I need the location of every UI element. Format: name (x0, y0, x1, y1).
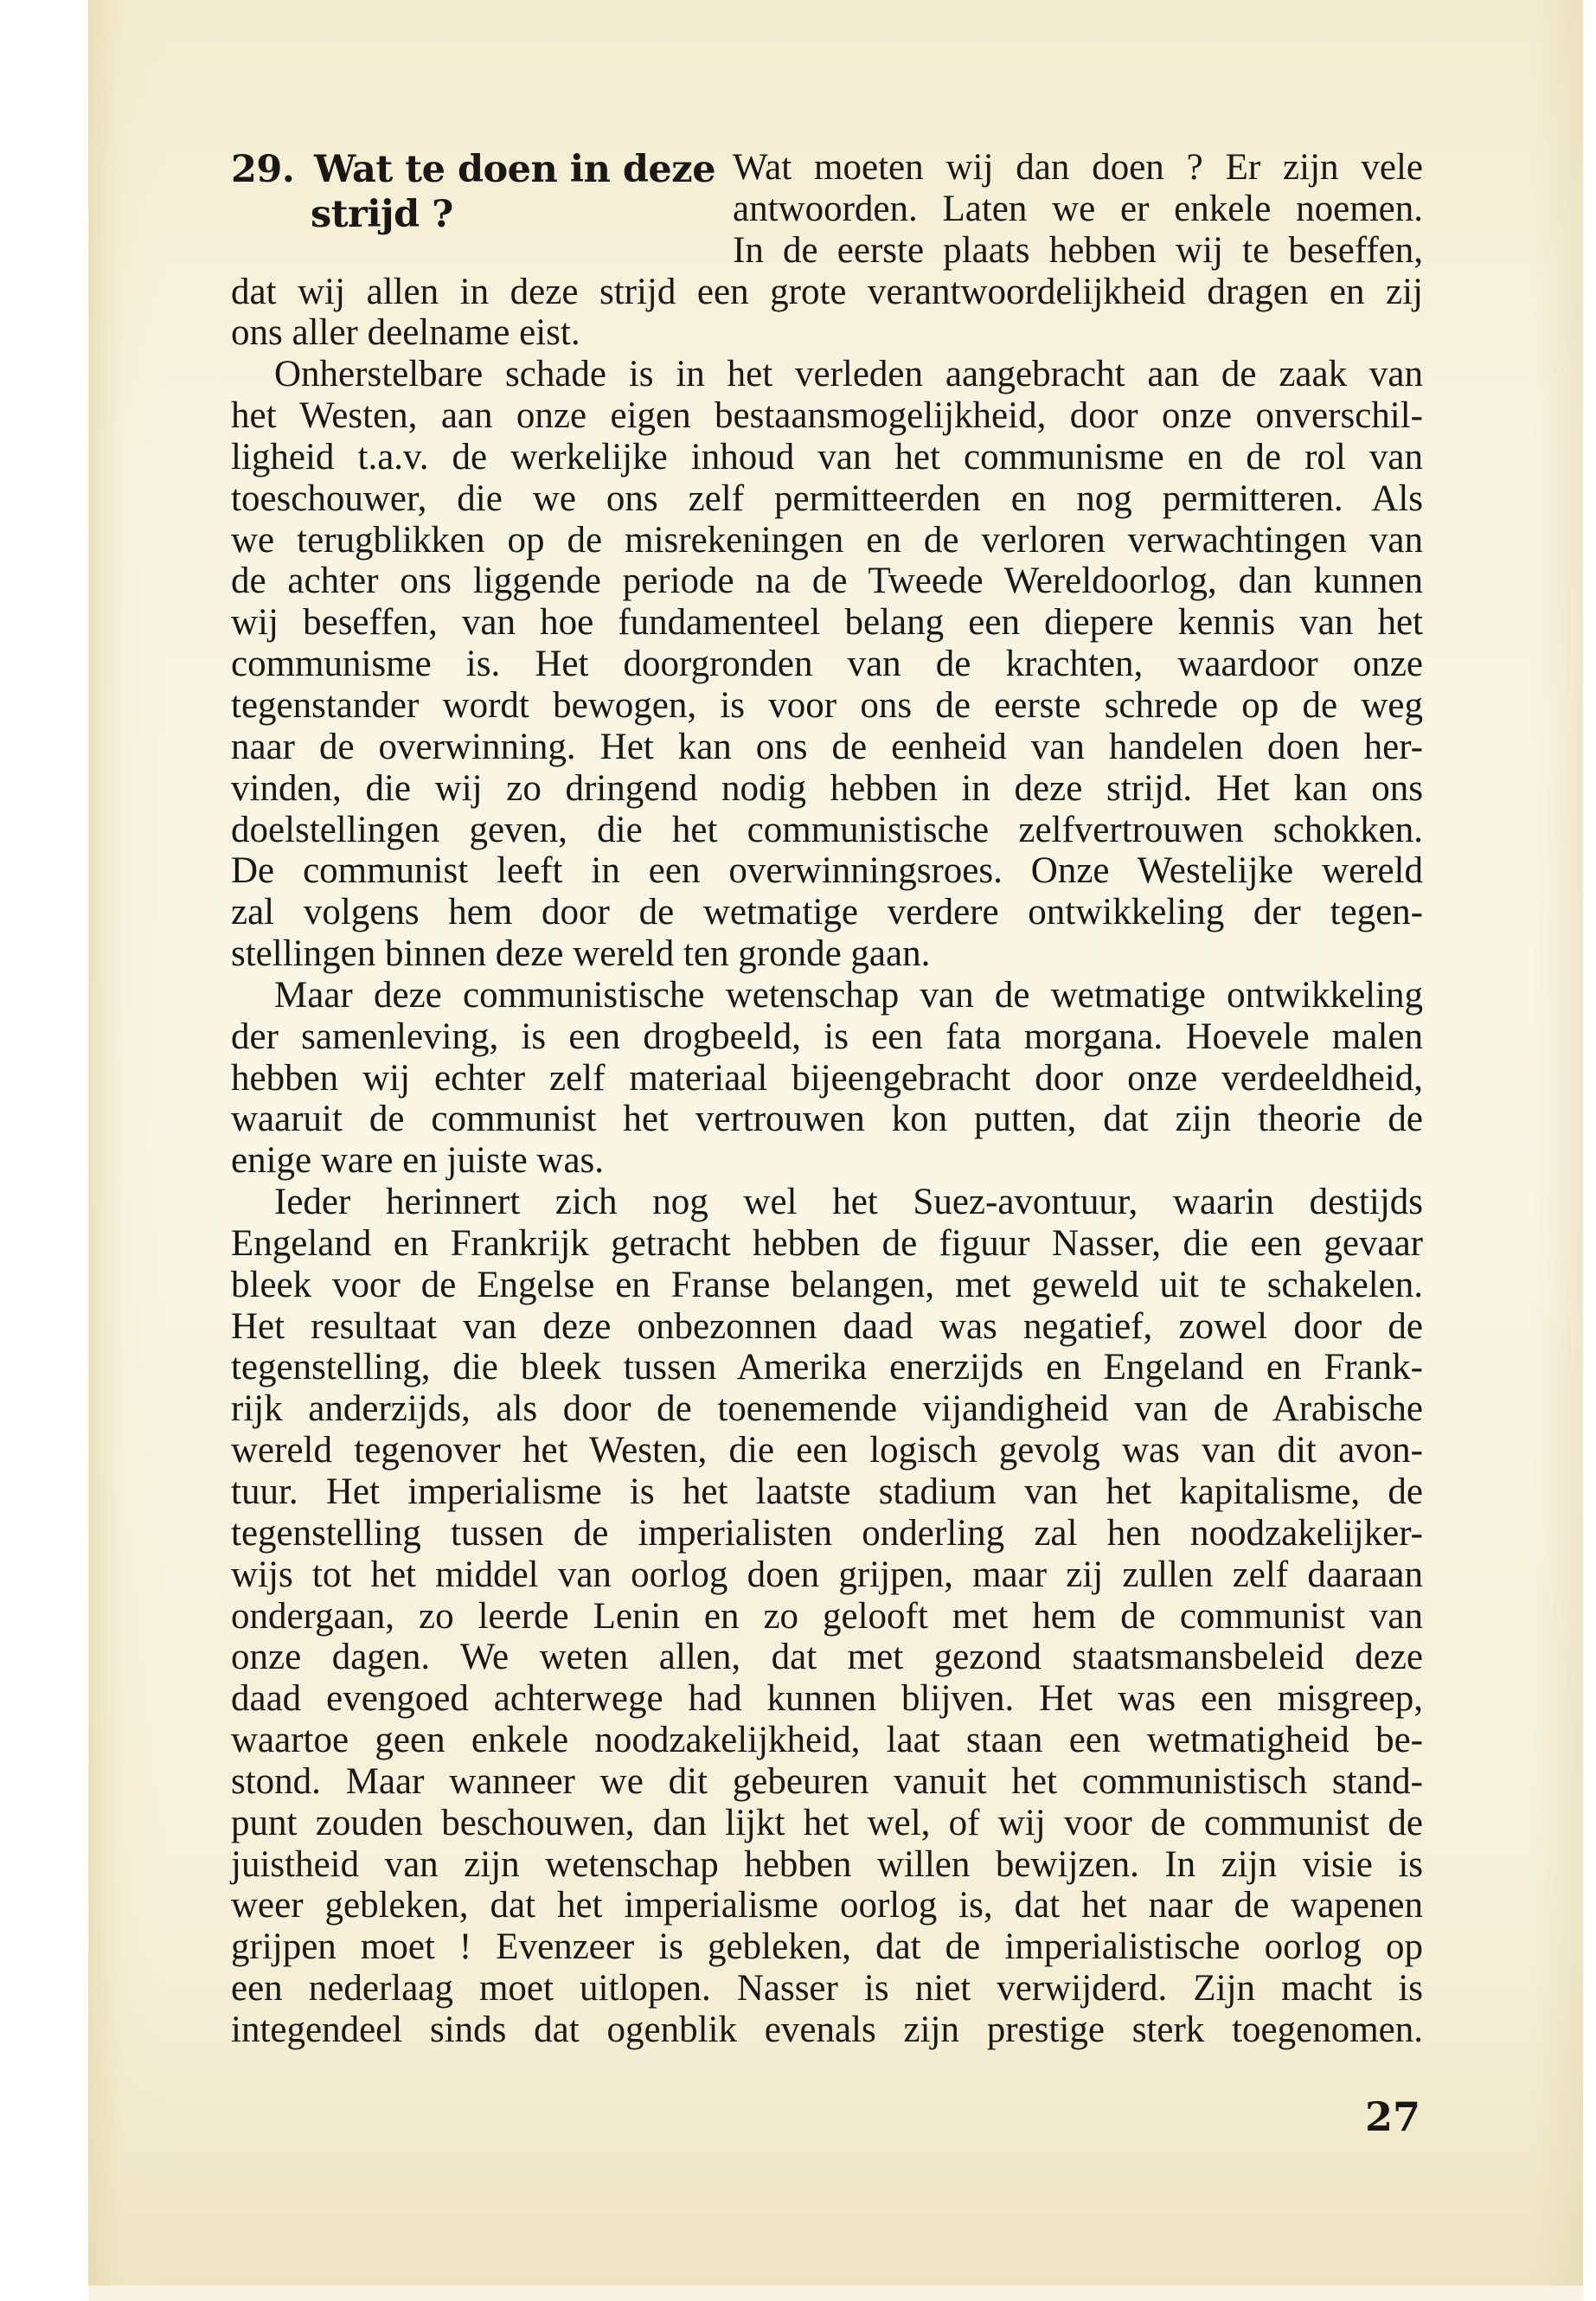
text-line-content: rijk anderzijds, als door de toenemende … (231, 1388, 1423, 1430)
text-line-content: Wat moeten wij dan doen ? Er zijn vele (733, 147, 1423, 189)
text-line: wijs tot het middel van oorlog doen grij… (231, 1554, 1423, 1596)
text-line-content: dat wij allen in deze strijd een grote v… (231, 272, 1423, 313)
text-line-content: een nederlaag moet uitlopen. Nasser is n… (231, 1968, 1423, 2009)
text-line-content: Onherstelbare schade is in het verleden … (274, 354, 1423, 395)
text-line-content: stond. Maar wanneer we dit gebeuren vanu… (231, 1761, 1423, 1803)
text-line: stond. Maar wanneer we dit gebeuren vanu… (231, 1761, 1423, 1803)
text-line: ons aller deelname eist. (231, 312, 1423, 354)
text-line-content: ligheid t.a.v. de werkelijke inhoud van … (231, 437, 1423, 478)
text-line: grijpen moet ! Evenzeer is gebleken, dat… (231, 1926, 1423, 1968)
text-line: we terugblikken op de misrekeningen en d… (231, 520, 1423, 561)
text-line: de achter ons liggende periode na de Twe… (231, 561, 1423, 602)
text-line-content: toeschouwer, die we ons zelf permitteerd… (231, 478, 1423, 520)
text-line: bleek voor de Engelse en Franse belangen… (231, 1265, 1423, 1306)
text-line-content: der samenleving, is een drogbeeld, is ee… (231, 1016, 1423, 1058)
text-line-content: wereld tegenover het Westen, die een log… (231, 1430, 1423, 1471)
text-line-content: tegenstander wordt bewogen, is voor ons … (231, 685, 1423, 727)
text-line-content: communisme is. Het doorgronden van de kr… (231, 644, 1423, 685)
text-line-content: wij beseffen, van hoe fundamenteel belan… (231, 602, 1423, 644)
text-line-content: het Westen, aan onze eigen bestaansmogel… (231, 395, 1423, 437)
text-line: Wat moeten wij dan doen ? Er zijn vele (231, 147, 1423, 189)
text-line-content: enige ware en juiste was. (231, 1140, 1423, 1182)
text-line: hebben wij echter zelf materiaal bijeeng… (231, 1058, 1423, 1099)
text-line: waartoe geen enkele noodzakelijkheid, la… (231, 1720, 1423, 1761)
text-line: dat wij allen in deze strijd een grote v… (231, 272, 1423, 313)
text-line: tegenstelling, die bleek tussen Amerika … (231, 1347, 1423, 1388)
text-line: onze dagen. We weten allen, dat met gezo… (231, 1637, 1423, 1678)
text-line: stellingen binnen deze wereld ten gronde… (231, 933, 1423, 975)
text-line-content: tuur. Het imperialisme is het laatste st… (231, 1471, 1423, 1513)
text-line-content: ons aller deelname eist. (231, 312, 1423, 354)
text-line: In de eerste plaats hebben wij te beseff… (231, 230, 1423, 272)
text-line: juistheid van zijn wetenschap hebben wil… (231, 1844, 1423, 1886)
text-line-content: In de eerste plaats hebben wij te beseff… (733, 230, 1423, 272)
text-line-content: weer gebleken, dat het imperialisme oorl… (231, 1885, 1423, 1926)
text-line: der samenleving, is een drogbeeld, is ee… (231, 1016, 1423, 1058)
text-line: ligheid t.a.v. de werkelijke inhoud van … (231, 437, 1423, 478)
text-line-content: bleek voor de Engelse en Franse belangen… (231, 1265, 1423, 1306)
text-line: toeschouwer, die we ons zelf permitteerd… (231, 478, 1423, 520)
text-line: ondergaan, zo leerde Lenin en zo gelooft… (231, 1596, 1423, 1638)
text-line: vinden, die wij zo dringend nodig hebben… (231, 768, 1423, 810)
text-line-content: daad evengoed achterwege had kunnen blij… (231, 1678, 1423, 1720)
text-line-content: ondergaan, zo leerde Lenin en zo gelooft… (231, 1596, 1423, 1638)
text-line-content: juistheid van zijn wetenschap hebben wil… (231, 1844, 1423, 1886)
text-line-content: stellingen binnen deze wereld ten gronde… (231, 933, 1423, 975)
text-line: Engeland en Frankrijk getracht hebben de… (231, 1223, 1423, 1265)
text-line-content: punt zouden beschouwen, dan lijkt het we… (231, 1803, 1423, 1844)
text-line-content: antwoorden. Laten we er enkele noemen. (733, 189, 1423, 230)
body-text: Wat moeten wij dan doen ? Er zijn velean… (231, 147, 1423, 2051)
text-line-content: doelstellingen geven, die het communisti… (231, 810, 1423, 851)
text-line: rijk anderzijds, als door de toenemende … (231, 1388, 1423, 1430)
text-line: tuur. Het imperialisme is het laatste st… (231, 1471, 1423, 1513)
text-line-content: grijpen moet ! Evenzeer is gebleken, dat… (231, 1926, 1423, 1968)
text-line-content: naar de overwinning. Het kan ons de eenh… (231, 727, 1423, 768)
text-line-content: wijs tot het middel van oorlog doen grij… (231, 1554, 1423, 1596)
text-line: punt zouden beschouwen, dan lijkt het we… (231, 1803, 1423, 1844)
text-line: wij beseffen, van hoe fundamenteel belan… (231, 602, 1423, 644)
text-line: integendeel sinds dat ogenblik evenals z… (231, 2009, 1423, 2051)
text-line: tegenstander wordt bewogen, is voor ons … (231, 685, 1423, 727)
text-line-content: Engeland en Frankrijk getracht hebben de… (231, 1223, 1423, 1265)
text-line-content: Maar deze communistische wetenschap van … (274, 975, 1423, 1016)
text-line: Ieder herinnert zich nog wel het Suez-av… (231, 1182, 1423, 1223)
text-line-content: we terugblikken op de misrekeningen en d… (231, 520, 1423, 561)
text-line: naar de overwinning. Het kan ons de eenh… (231, 727, 1423, 768)
text-line-content: de achter ons liggende periode na de Twe… (231, 561, 1423, 602)
text-line-content: Het resultaat van deze onbezonnen daad w… (231, 1306, 1423, 1348)
text-line-content: tegenstelling, die bleek tussen Amerika … (231, 1347, 1423, 1388)
text-line-content: Ieder herinnert zich nog wel het Suez-av… (274, 1182, 1423, 1223)
text-line: wereld tegenover het Westen, die een log… (231, 1430, 1423, 1471)
text-line-content: zal volgens hem door de wetmatige verder… (231, 892, 1423, 933)
text-line: een nederlaag moet uitlopen. Nasser is n… (231, 1968, 1423, 2009)
text-line: zal volgens hem door de wetmatige verder… (231, 892, 1423, 933)
text-line-content: De communist leeft in een overwinningsro… (231, 850, 1423, 892)
text-line: antwoorden. Laten we er enkele noemen. (231, 189, 1423, 230)
text-line-content: waartoe geen enkele noodzakelijkheid, la… (231, 1720, 1423, 1761)
text-line: enige ware en juiste was. (231, 1140, 1423, 1182)
text-line: De communist leeft in een overwinningsro… (231, 850, 1423, 892)
page-edge (88, 2285, 1583, 2301)
text-line: daad evengoed achterwege had kunnen blij… (231, 1678, 1423, 1720)
text-line-content: vinden, die wij zo dringend nodig hebben… (231, 768, 1423, 810)
text-line-content: onze dagen. We weten allen, dat met gezo… (231, 1637, 1423, 1678)
text-line-content: waaruit de communist het vertrouwen kon … (231, 1099, 1423, 1140)
text-line: communisme is. Het doorgronden van de kr… (231, 644, 1423, 685)
text-line: tegenstelling tussen de imperialisten on… (231, 1513, 1423, 1554)
text-line: Het resultaat van deze onbezonnen daad w… (231, 1306, 1423, 1348)
text-line-content: integendeel sinds dat ogenblik evenals z… (231, 2009, 1423, 2051)
text-line: waaruit de communist het vertrouwen kon … (231, 1099, 1423, 1140)
text-line: Onherstelbare schade is in het verleden … (231, 354, 1423, 395)
page-number: 27 (1349, 2095, 1420, 2138)
text-line-content: hebben wij echter zelf materiaal bijeeng… (231, 1058, 1423, 1099)
text-line: het Westen, aan onze eigen bestaansmogel… (231, 395, 1423, 437)
text-line-content: tegenstelling tussen de imperialisten on… (231, 1513, 1423, 1554)
text-line: doelstellingen geven, die het communisti… (231, 810, 1423, 851)
text-line: Maar deze communistische wetenschap van … (231, 975, 1423, 1016)
text-line: weer gebleken, dat het imperialisme oorl… (231, 1885, 1423, 1926)
